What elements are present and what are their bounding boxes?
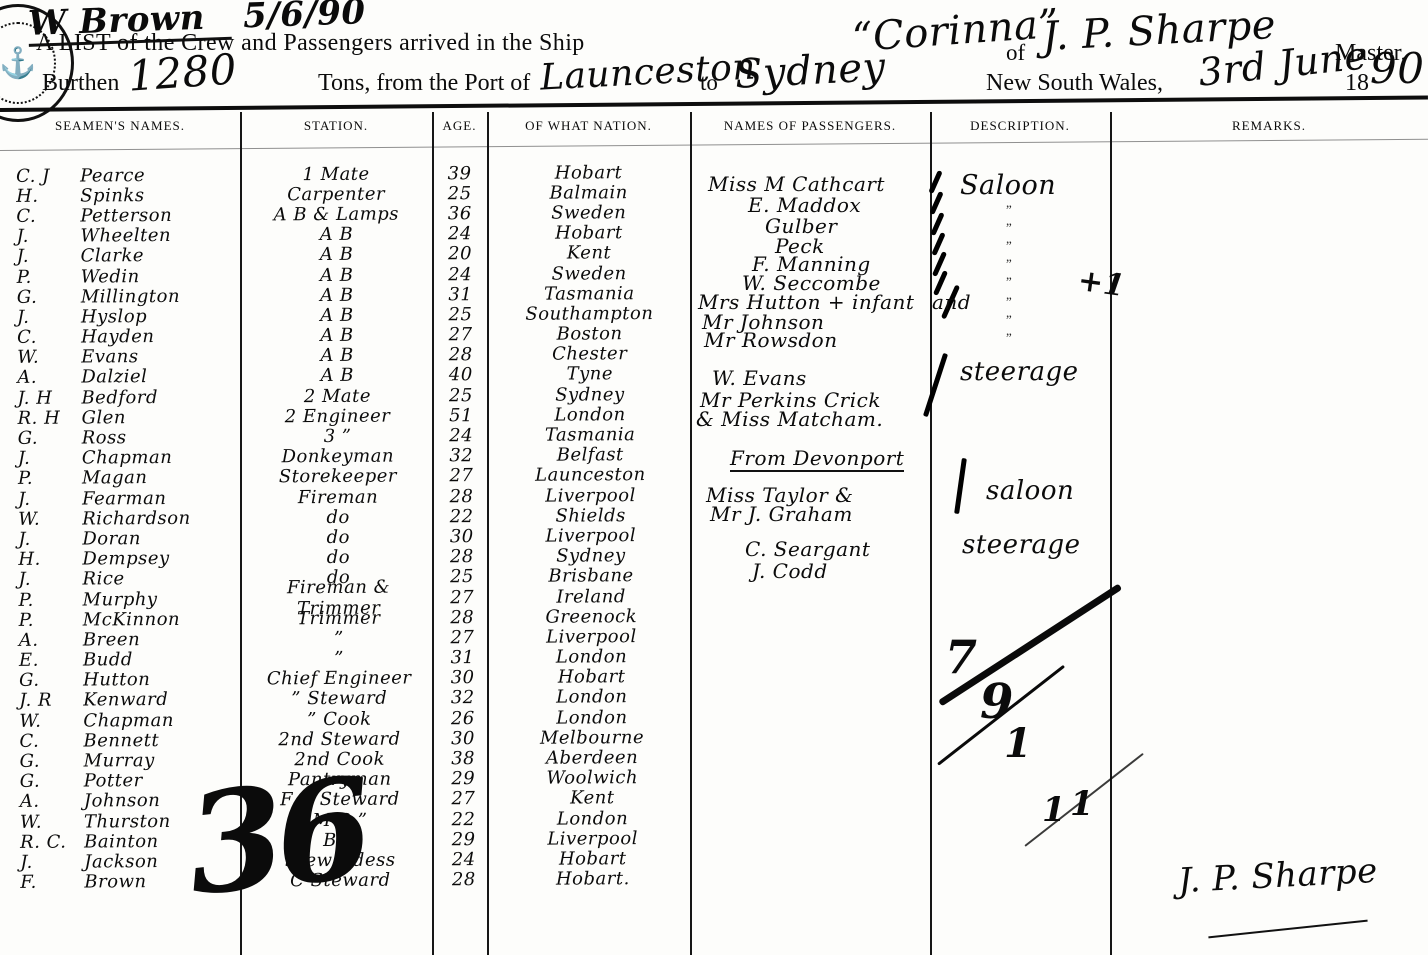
crew-initials: J. [2, 528, 82, 549]
crew-initials: A. [1, 367, 81, 388]
ditto-mark: ” [1006, 330, 1012, 346]
crew-age: 36 [432, 203, 487, 224]
crew-name-cell: R. H Glen [1, 406, 241, 428]
crew-name-cell: J. Hyslop [1, 305, 241, 327]
crew-origin: Chester [488, 343, 691, 365]
check-mark-icon [931, 232, 945, 256]
check-mark-icon [930, 212, 944, 236]
crew-age: 27 [436, 788, 491, 809]
ditto-mark: ” [1006, 274, 1012, 290]
tally-number: 7 [945, 630, 978, 684]
crew-age: 26 [435, 708, 490, 729]
passenger-name: F. Manning [752, 252, 871, 276]
crew-origin: Tasmania [488, 283, 691, 305]
crew-station: A B [240, 224, 432, 246]
ditto-mark: ” [1006, 220, 1012, 236]
crew-station: A B [241, 345, 433, 367]
crew-initials: J. [0, 246, 80, 267]
crew-origin: Tasmania [489, 424, 692, 446]
ditto-mark: ” [1006, 202, 1012, 218]
passenger-name: W. Seccombe [742, 271, 881, 295]
crew-origin: Hobart [487, 161, 690, 183]
slash-mark-icon [923, 353, 948, 417]
crew-origin: Shields [489, 505, 692, 527]
crew-station: Storekeeper [242, 466, 434, 488]
passenger-name: W. Evans [712, 366, 807, 390]
crew-name-cell: P. Wedin [1, 265, 241, 287]
crew-surname: Clarke [80, 245, 240, 267]
crew-age: 25 [433, 385, 488, 406]
crew-name-cell: C. Bennett [3, 729, 243, 751]
crew-surname: Magan [82, 467, 242, 489]
crew-station: ” [243, 647, 435, 669]
crew-station: Fireman [242, 486, 434, 508]
crew-station: 3 ” [242, 425, 434, 447]
crew-station: 2 Mate [241, 385, 433, 407]
crew-age: 30 [435, 667, 490, 688]
crew-initials: J. R [3, 690, 83, 711]
passenger-name: C. Seargant [745, 537, 870, 561]
crew-age: 25 [433, 304, 488, 325]
crew-origin: London [490, 706, 693, 728]
crew-surname: Wedin [81, 265, 241, 287]
crew-surname: Spinks [80, 184, 240, 206]
crew-age: 27 [435, 627, 490, 648]
crew-age: 22 [434, 506, 489, 527]
crew-origin: London [491, 807, 694, 829]
slash-mark-icon [954, 458, 967, 514]
crew-name-cell: J. Rice [2, 568, 242, 590]
crew-origin: Balmain [487, 182, 690, 204]
passenger-note-from-devonport: From Devonport [730, 446, 904, 472]
crew-station: 2 Engineer [241, 405, 433, 427]
check-mark-icon [932, 251, 947, 277]
crew-name-cell: C. J Pearce [0, 164, 240, 186]
crew-surname: Dempsey [82, 548, 242, 570]
signature-flourish [1208, 920, 1367, 939]
crew-name-cell: A. Dalziel [1, 366, 241, 388]
crew-surname: Evans [81, 346, 241, 368]
crew-surname: McKinnon [83, 608, 243, 630]
column-header-description: DESCRIPTION. [930, 118, 1110, 134]
tally-number: 1 [1042, 790, 1066, 830]
crew-initials: C. [0, 205, 80, 226]
tally-number: 1 [1070, 784, 1094, 824]
crew-name-cell: W. Chapman [3, 709, 243, 731]
crew-station: Donkeyman [242, 446, 434, 468]
description-and-word: and [932, 290, 971, 314]
crew-name-cell: H. Spinks [0, 184, 240, 206]
crew-initials: C. [3, 730, 83, 751]
check-mark-icon [933, 270, 948, 296]
crew-surname: Ross [82, 427, 242, 449]
crew-passenger-list-document: ⚓ W Brown 5/6/90 A LIST of the Crew and … [0, 0, 1428, 955]
crew-origin: Hobart. [491, 868, 694, 890]
year-handwritten: 90 [1370, 44, 1424, 93]
crew-name-cell: W. Evans [1, 346, 241, 368]
crew-initials: J. [2, 569, 82, 590]
crew-initials: A. [4, 791, 84, 812]
column-header-seamens-names: SEAMEN'S NAMES. [0, 118, 240, 134]
crew-age: 29 [436, 829, 491, 850]
passenger-name: Mr Perkins Crick [700, 388, 881, 412]
crew-station: A B [241, 365, 433, 387]
crew-initials: C. [1, 327, 81, 348]
crew-station: ” [243, 627, 435, 649]
crew-origin: Kent [487, 242, 690, 264]
crew-age: 32 [434, 445, 489, 466]
passenger-name: Mr Johnson [702, 310, 824, 334]
crew-origin: Greenock [490, 605, 693, 627]
crew-age: 40 [433, 364, 488, 385]
crew-age: 28 [435, 607, 490, 628]
crew-age: 31 [435, 647, 490, 668]
to-label: to [700, 70, 718, 96]
crew-initials: G. [2, 428, 82, 449]
crew-age: 20 [432, 243, 487, 264]
crew-age: 28 [436, 869, 491, 890]
ditto-mark: ” [1006, 238, 1012, 254]
crew-age: 28 [434, 546, 489, 567]
passenger-name: Miss Taylor & [706, 483, 853, 507]
crew-surname: Hutton [83, 669, 243, 691]
crew-surname: Wheelten [80, 225, 240, 247]
crew-age: 38 [436, 748, 491, 769]
column-divider [930, 112, 932, 955]
column-divider [1110, 112, 1112, 955]
ditto-mark: ” [1006, 294, 1012, 310]
crew-origin: Ireland [490, 585, 693, 607]
crew-origin: Brisbane [489, 565, 692, 587]
crew-surname: Richardson [82, 507, 242, 529]
crew-surname: Breen [83, 628, 243, 650]
crew-name-cell: A. Breen [3, 628, 243, 650]
crew-origin: London [488, 404, 691, 426]
crew-age: 29 [436, 768, 491, 789]
passenger-name: Miss M Cathcart [708, 172, 885, 196]
tally-number: 1 [1004, 720, 1032, 767]
year-printed: 18 [1345, 70, 1369, 97]
crew-name-cell: C. Petterson [0, 205, 240, 227]
crew-initials: P. [1, 266, 81, 287]
passenger-name: Peck [775, 234, 825, 258]
ditto-mark: ” [1006, 256, 1012, 272]
crew-name-cell: W. Richardson [2, 507, 242, 529]
crew-total-scrawl: 36 [181, 759, 371, 915]
column-header-nation: OF WHAT NATION. [487, 118, 690, 134]
crew-origin: Kent [491, 787, 694, 809]
crew-surname: Bennett [83, 729, 243, 751]
crew-age: 24 [436, 849, 491, 870]
crew-age: 30 [434, 526, 489, 547]
crew-origin: Melbourne [490, 727, 693, 749]
tally-stroke [1024, 753, 1143, 847]
column-header-remarks: REMARKS. [1110, 118, 1428, 134]
crew-surname: Kenward [83, 689, 243, 711]
crew-age: 25 [434, 566, 489, 587]
crew-surname: Rice [82, 568, 242, 590]
crew-initials: W. [4, 811, 84, 832]
title-text: A LIST of the Crew and Passengers arrive… [36, 30, 585, 57]
crew-age: 27 [435, 587, 490, 608]
crew-origin: Liverpool [489, 525, 692, 547]
crew-initials: H. [2, 549, 82, 570]
crew-initials: F. [4, 872, 84, 893]
burthen-value: 1280 [126, 44, 238, 100]
crew-origin: Liverpool [491, 828, 694, 850]
crew-station: ” Steward [243, 688, 435, 710]
tally-stroke [937, 665, 1065, 766]
crew-station: do [242, 547, 434, 569]
crew-initials: W. [1, 347, 81, 368]
crew-initials: J. [2, 448, 82, 469]
description-steerage-label: steerage [962, 530, 1081, 560]
crew-name-cell: G. Ross [2, 427, 242, 449]
crew-station: A B [241, 284, 433, 306]
column-header-age: AGE. [432, 118, 487, 134]
passenger-name: Mr J. Graham [710, 502, 853, 526]
crew-name-cell: J. Fearman [2, 487, 242, 509]
crew-station: A B [241, 324, 433, 346]
crew-origin: London [490, 686, 693, 708]
crew-surname: Hayden [81, 326, 241, 348]
crew-origin: Hobart [487, 222, 690, 244]
crew-station: A B [240, 244, 432, 266]
port-to: Sydney [734, 44, 887, 98]
crew-origin: London [490, 646, 693, 668]
crew-initials: G. [4, 771, 84, 792]
crew-age: 27 [434, 465, 489, 486]
crew-station: A B [241, 264, 433, 286]
description-steerage-label: steerage [960, 357, 1079, 387]
crew-surname: Millington [81, 285, 241, 307]
crew-origin: Liverpool [490, 626, 693, 648]
state-label: New South Wales, [986, 70, 1163, 97]
crew-initials: P. [2, 468, 82, 489]
description-saloon-label: saloon [986, 476, 1074, 506]
crew-initials: R. C. [4, 831, 84, 852]
crew-age: 32 [435, 687, 490, 708]
crew-origin: Hobart [491, 848, 694, 870]
crew-name-cell: J. Wheelten [0, 225, 240, 247]
burthen-label: Burthen [42, 70, 119, 97]
crew-surname: Fearman [82, 487, 242, 509]
crew-initials: R. H [1, 407, 81, 428]
crew-name-cell: J. R Kenward [3, 689, 243, 711]
plus-one-mark: +1 [1076, 263, 1127, 304]
crew-origin: Sweden [488, 262, 691, 284]
tally-number: 9 [980, 674, 1014, 730]
crew-name-cell: E. Budd [3, 649, 243, 671]
crew-name-cell: P. McKinnon [3, 608, 243, 630]
column-header-station: STATION. [240, 118, 432, 134]
description-saloon-label: Saloon [960, 170, 1056, 201]
crew-initials: P. [3, 609, 83, 630]
crew-age: 25 [432, 183, 487, 204]
crew-station: do [242, 526, 434, 548]
crew-origin: Sydney [489, 545, 692, 567]
crew-age: 22 [436, 809, 491, 830]
crew-surname: Chapman [82, 447, 242, 469]
crew-initials: G. [4, 751, 84, 772]
crew-origin: Liverpool [489, 484, 692, 506]
crew-origin: Hobart [490, 666, 693, 688]
crew-initials: E. [3, 650, 83, 671]
crew-name-cell: C. Hayden [1, 326, 241, 348]
crew-name-cell: P. Murphy [3, 588, 243, 610]
passenger-name: Mrs Hutton + infant [698, 290, 914, 314]
crew-name-cell: J. Doran [2, 527, 242, 549]
crew-age: 24 [434, 425, 489, 446]
crew-initials: W. [2, 508, 82, 529]
crew-origin: Sweden [487, 202, 690, 224]
header-bottom-rule [0, 139, 1428, 151]
crew-initials: G. [1, 286, 81, 307]
crew-surname: Bedford [81, 386, 241, 408]
crew-age: 39 [432, 163, 487, 184]
crew-origin: Aberdeen [491, 747, 694, 769]
crew-age: 24 [433, 264, 488, 285]
crew-station: 1 Mate [240, 163, 432, 185]
crew-initials: J. [2, 488, 82, 509]
crew-name-cell: J. Clarke [0, 245, 240, 267]
table-top-rule [0, 96, 1428, 112]
passenger-name: Mr Rowsdon [704, 328, 838, 352]
crew-station: do [242, 506, 434, 528]
crew-name-cell: J. H Bedford [1, 386, 241, 408]
crew-age: 31 [433, 284, 488, 305]
crew-origin: Southampton [488, 303, 691, 325]
crew-surname: Hyslop [81, 305, 241, 327]
crew-origin: Woolwich [491, 767, 694, 789]
tons-label: Tons, from the Port of [318, 70, 530, 97]
crew-age: 24 [432, 223, 487, 244]
crew-surname: Petterson [80, 205, 240, 227]
crew-age: 28 [434, 486, 489, 507]
crew-surname: Doran [82, 527, 242, 549]
column-header-passengers: NAMES OF PASSENGERS. [690, 118, 930, 134]
passenger-name: J. Codd [752, 559, 828, 583]
passenger-name: & Miss Matcham. [696, 407, 883, 431]
crew-surname: Pearce [80, 164, 240, 186]
crew-initials: A. [3, 629, 83, 650]
crew-name-cell: J. Chapman [2, 447, 242, 469]
crew-surname: Budd [83, 649, 243, 671]
ditto-mark: ” [1006, 312, 1012, 328]
crew-origin: Belfast [489, 444, 692, 466]
crew-station: Chief Engineer [243, 668, 435, 690]
crew-name-cell: P. Magan [2, 467, 242, 489]
tally-stroke [938, 583, 1122, 706]
crew-age: 28 [433, 344, 488, 365]
check-mark-icon [941, 285, 960, 320]
passenger-name: Gulber [765, 214, 837, 238]
crew-surname: Murphy [83, 588, 243, 610]
crew-station: Carpenter [240, 183, 432, 205]
crew-origin: Launceston [489, 464, 692, 486]
crew-initials: J. H [1, 387, 81, 408]
crew-initials: P. [3, 589, 83, 610]
passenger-name: E. Maddox [748, 193, 861, 217]
crew-station: A B [241, 304, 433, 326]
master-signature: J. P. Sharpe [1177, 851, 1379, 901]
crew-name-cell: G. Hutton [3, 669, 243, 691]
crew-origin: Tyne [488, 363, 691, 385]
crew-initials: J. [0, 226, 80, 247]
crew-initials: J. [1, 306, 81, 327]
crew-surname: Chapman [83, 709, 243, 731]
crew-station: A B & Lamps [240, 203, 432, 225]
crew-initials: W. [3, 710, 83, 731]
crew-origin: Sydney [488, 383, 691, 405]
crew-surname: Glen [81, 406, 241, 428]
crew-station: ” Cook [243, 708, 435, 730]
crew-initials: J. [4, 851, 84, 872]
crew-initials: G. [3, 670, 83, 691]
crew-age: 30 [435, 728, 490, 749]
crew-name-cell: G. Millington [1, 285, 241, 307]
crew-origin: Boston [488, 323, 691, 345]
of-label: of [1006, 40, 1025, 66]
crew-surname: Dalziel [81, 366, 241, 388]
crew-name-cell: H. Dempsey [2, 548, 242, 570]
crew-age: 51 [433, 405, 488, 426]
crew-station: Trimmer [243, 607, 435, 629]
crew-age: 27 [433, 324, 488, 345]
crew-initials: H. [0, 185, 80, 206]
crew-initials: C. J [0, 165, 80, 186]
